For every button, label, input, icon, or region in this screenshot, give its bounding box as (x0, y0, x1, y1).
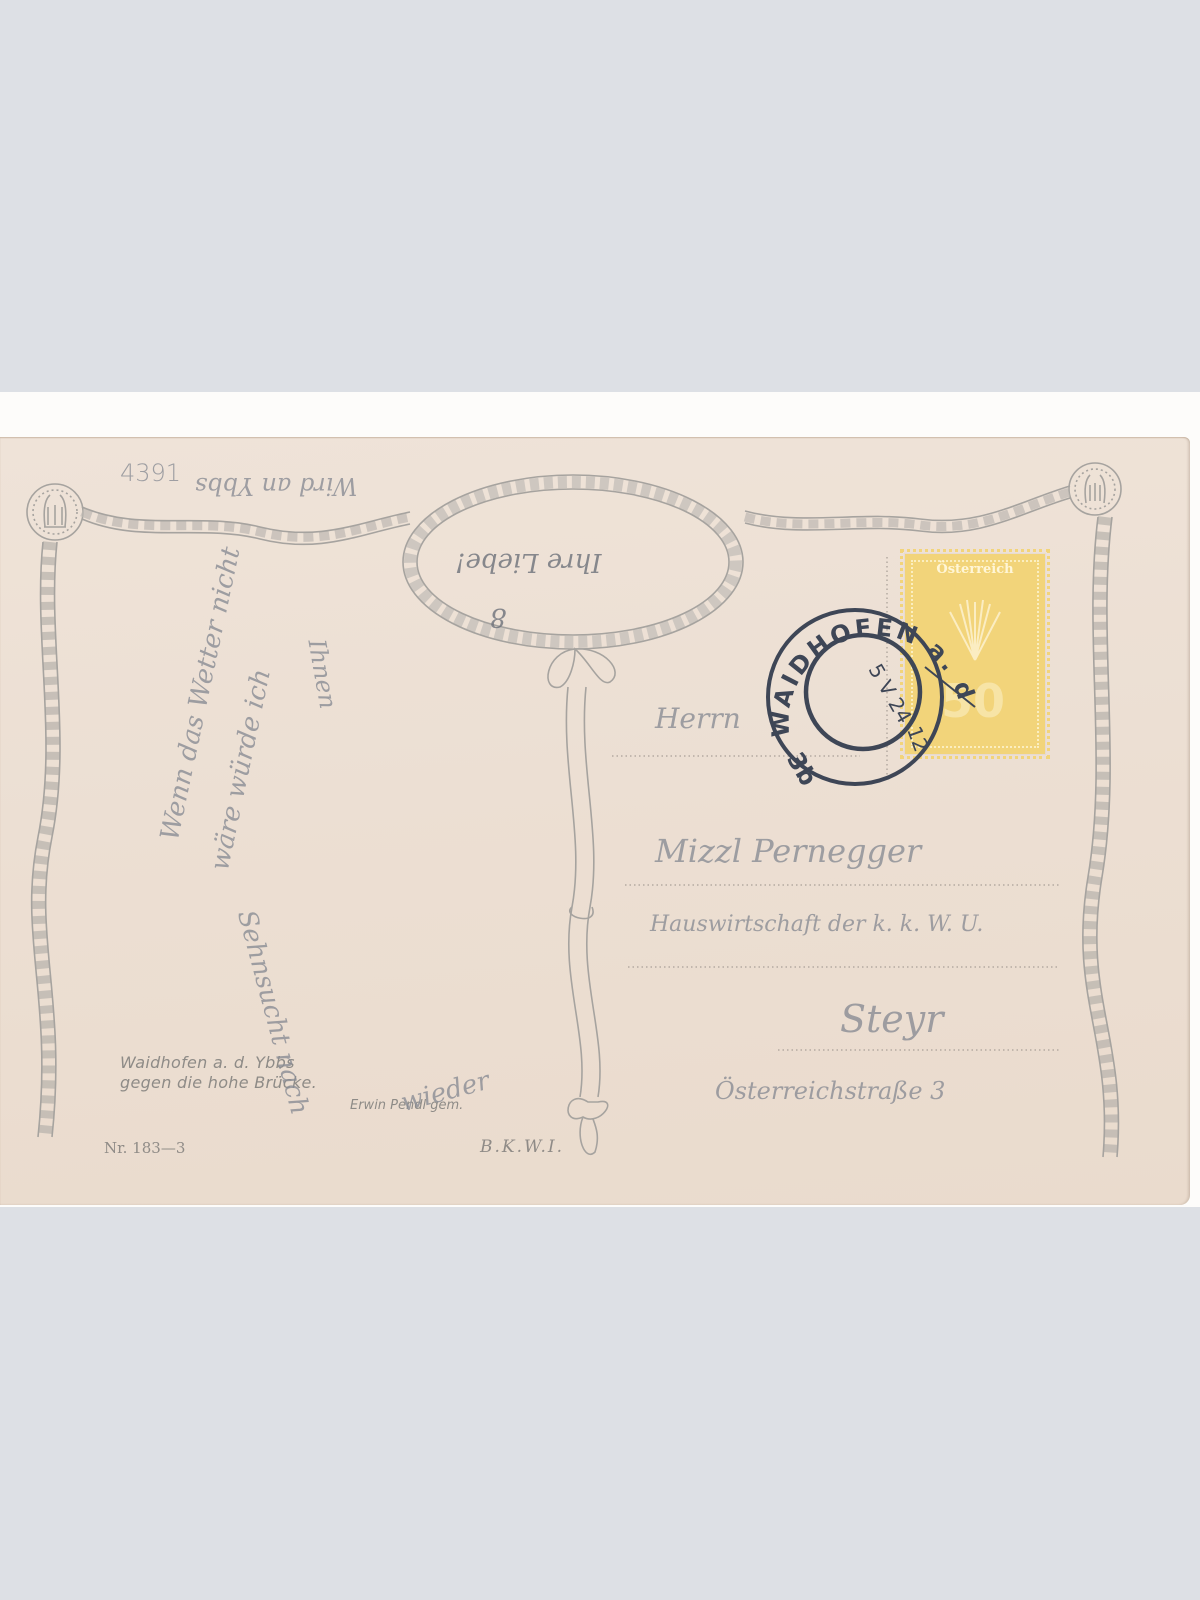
postmark-date: 5 V 24 (864, 659, 917, 727)
oval-number: 8 (490, 602, 507, 632)
address-line-2: Hauswirtschaft der k. k. W. U. (650, 912, 983, 937)
address-street: Österreichstraße 3 (715, 1077, 945, 1105)
inventory-number: 4391 (120, 459, 181, 487)
address-name: Mizzl Pernegger (655, 832, 921, 870)
postcard: Waidhofen a. d. Ybbs gegen die hohe Brüc… (0, 437, 1190, 1205)
address-city: Steyr (840, 997, 943, 1041)
top-note: Wird an Ybbs (195, 472, 358, 500)
address-salutation: Herrn (655, 702, 741, 735)
oval-note: Ihre Liebe! (455, 547, 602, 577)
